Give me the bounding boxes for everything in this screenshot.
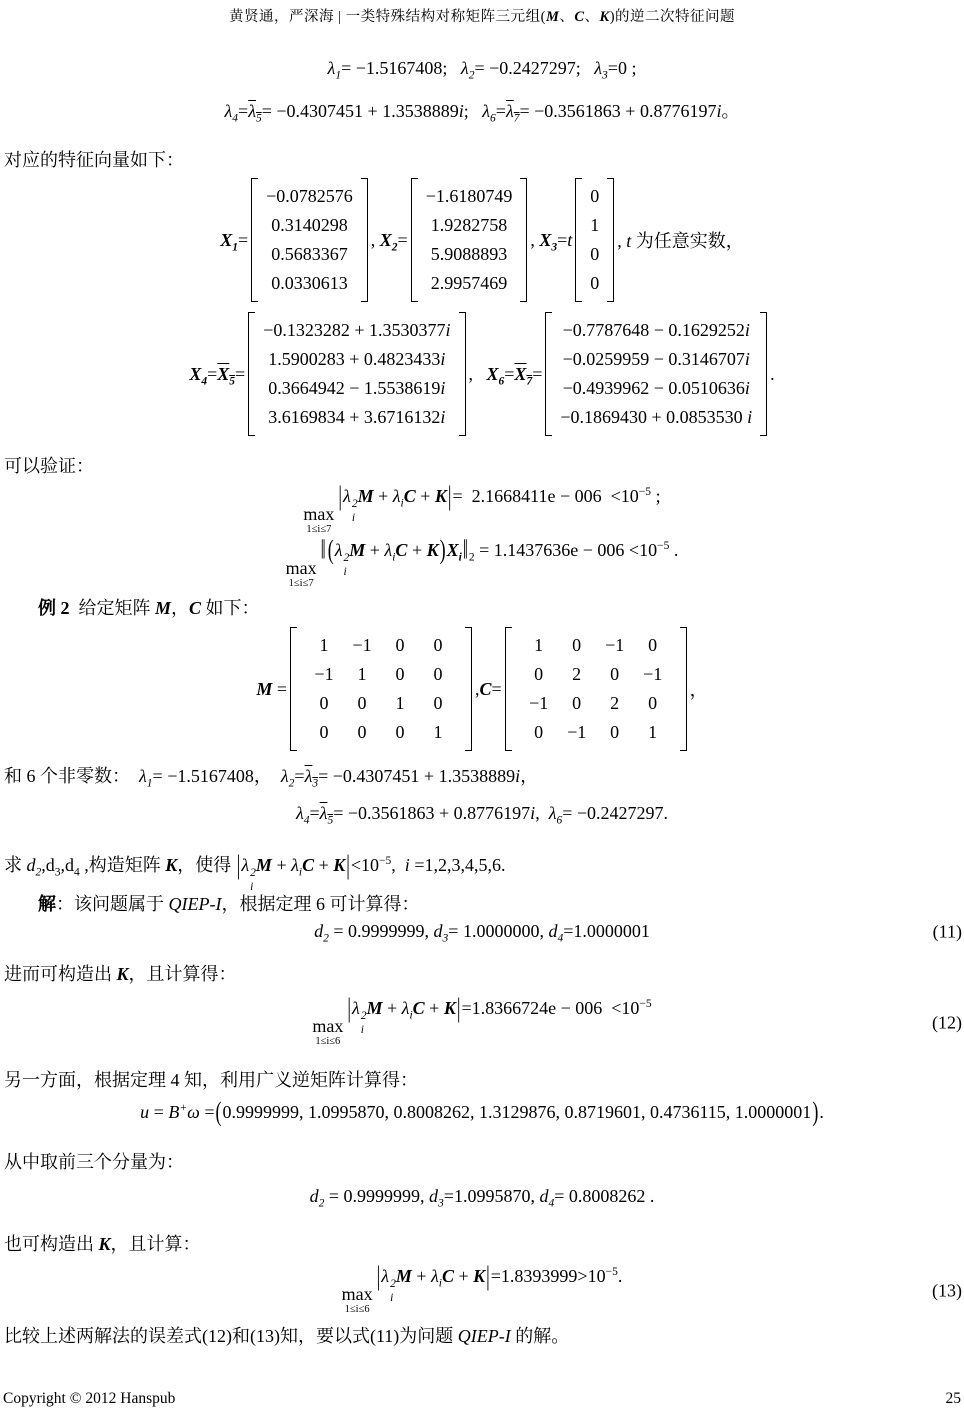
formula-eigenvalues-2: λ4=λ5= −0.4307451 + 1.3538889i; λ6=λ7= −… xyxy=(225,97,740,123)
c-suffix: ， xyxy=(690,676,708,702)
footer-page-number: 25 xyxy=(946,1390,962,1408)
example2-intro: 例 2 给定矩阵 M，C 如下： xyxy=(0,594,964,620)
eigenvectors-intro: 对应的特征向量如下： xyxy=(0,146,964,172)
equation-13: max1≤i≤6|λ2iM + λiC + K|=1.8393999>10−5.… xyxy=(0,1266,964,1315)
take-three-text: 从中取前三个分量为： xyxy=(4,1148,184,1174)
x3-suffix: , t 为任意实数， xyxy=(617,227,744,253)
construct-k-line-1: 进而可构造出 K，且计算得： xyxy=(0,960,964,986)
another-method-line: 另一方面，根据定理 4 知，利用广义逆矩阵计算得： xyxy=(0,1066,964,1092)
equation-number-13: (13) xyxy=(932,1280,962,1301)
x4-x5-matrix: −0.1323282 + 1.3530377i1.5900283 + 0.482… xyxy=(248,312,465,436)
x6-x7-suffix: . xyxy=(770,364,775,385)
verify-intro-text: 可以验证： xyxy=(4,452,94,478)
formula-max-residual-12: max1≤i≤6|λ2iM + λiC + K|=1.8366724e − 00… xyxy=(312,998,651,1047)
document-page: 黄贤通，严深海 | 一类特殊结构对称矩阵三元组(M、C、K)的逆二次特征问题 λ… xyxy=(0,0,964,1414)
eigenvectors-intro-text: 对应的特征向量如下： xyxy=(4,146,184,172)
page-footer: Copyright © 2012 Hanspub 25 xyxy=(0,1390,964,1408)
x3-label: , X3=t xyxy=(530,230,572,251)
eigenvalues-line-2: λ4=λ5= −0.4307451 + 1.3538889i; λ6=λ7= −… xyxy=(0,97,964,123)
equation-number-12: (12) xyxy=(932,1012,962,1033)
compare-text: 比较上述两解法的误差式(12)和(13)知，要以式(11)为问题 QIEP-I … xyxy=(4,1322,569,1348)
x1-label: X1= xyxy=(220,230,248,251)
formula-eigenvalues-1: λ1= −1.5167408; λ2= −0.2427297; λ3=0 ; xyxy=(328,58,637,79)
eigenvector-row-2: X4=X5=−0.1323282 + 1.3530377i1.5900283 +… xyxy=(0,312,964,436)
page-header: 黄贤通，严深海 | 一类特殊结构对称矩阵三元组(M、C、K)的逆二次特征问题 xyxy=(0,5,964,26)
formula-d-values-11: d2 = 0.9999999, d3= 1.0000000, d4=1.0000… xyxy=(314,921,650,942)
solution-intro: 解：该问题属于 QIEP-I，根据定理 6 可计算得： xyxy=(0,890,964,916)
formula-u-vector: u = B+ω =(0.9999999, 1.0995870, 0.800826… xyxy=(140,1102,824,1123)
x4-x5-label: X4=X5= xyxy=(189,364,245,385)
x2-matrix: −1.61807491.92827585.90888932.9957469 xyxy=(411,178,528,302)
six-numbers-text-2: λ4=λ5= −0.3561863 + 0.8776197i, λ6= −0.2… xyxy=(296,803,668,824)
eigenvalues-line-1: λ1= −1.5167408; λ2= −0.2427297; λ3=0 ; xyxy=(0,58,964,79)
equation-11: d2 = 0.9999999, d3= 1.0000000, d4=1.0000… xyxy=(0,921,964,942)
x6-x7-matrix: −0.7787648 − 0.1629252i−0.0259959 − 0.31… xyxy=(545,312,767,436)
c-matrix: 10−10020−1−10200−101 xyxy=(505,627,687,751)
construct-k-text-1: 进而可构造出 K，且计算得： xyxy=(4,960,237,986)
construct-k-line-2: 也可构造出 K，且计算： xyxy=(0,1230,964,1256)
x6-x7-label: , X6=X7= xyxy=(469,364,543,385)
example2-intro-text: 例 2 给定矩阵 M，C 如下： xyxy=(38,594,260,620)
another-method-text: 另一方面，根据定理 4 知，利用广义逆矩阵计算得： xyxy=(4,1066,418,1092)
equation-12: max1≤i≤6|λ2iM + λiC + K|=1.8366724e − 00… xyxy=(0,998,964,1047)
verify-equation-2: max1≤i≤7‖(λ2iM + λiC + K)Xi‖2 = 1.143763… xyxy=(0,540,964,589)
formula-max-norm-7: max1≤i≤7‖(λ2iM + λiC + K)Xi‖2 = 1.143763… xyxy=(286,540,679,589)
six-numbers-line-2: λ4=λ5= −0.3561863 + 0.8776197i, λ6= −0.2… xyxy=(0,803,964,824)
six-numbers-text: 和 6 个非零数： λ1= −1.5167408， λ2=λ3= −0.4307… xyxy=(4,762,538,788)
d-values-line-2: d2 = 0.9999999, d3=1.0995870, d4= 0.8008… xyxy=(0,1186,964,1207)
six-numbers-line: 和 6 个非零数： λ1= −1.5167408， λ2=λ3= −0.4307… xyxy=(0,762,964,788)
header-title: 黄贤通，严深海 | 一类特殊结构对称矩阵三元组(M、C、K)的逆二次特征问题 xyxy=(229,5,735,26)
footer-copyright: Copyright © 2012 Hanspub xyxy=(3,1390,175,1408)
m-matrix: 1−100−110000100001 xyxy=(290,627,472,751)
compare-line: 比较上述两解法的误差式(12)和(13)知，要以式(11)为问题 QIEP-I … xyxy=(0,1322,964,1348)
equation-number-11: (11) xyxy=(933,921,962,942)
c-label: ,C= xyxy=(475,679,502,700)
eigenvector-row-1: X1=−0.07825760.31402980.56833670.0330613… xyxy=(0,178,964,302)
m-label: M = xyxy=(256,679,287,700)
solve-for-d-line: 求 d2,d3,d4 ,构造矩阵 K，使得 |λ2iM + λiC + K|<1… xyxy=(0,851,964,893)
verify-intro: 可以验证： xyxy=(0,452,964,478)
take-three-line: 从中取前三个分量为： xyxy=(0,1148,964,1174)
x2-label: , X2= xyxy=(371,230,408,251)
formula-d-values-2: d2 = 0.9999999, d3=1.0995870, d4= 0.8008… xyxy=(310,1186,655,1207)
u-equation: u = B+ω =(0.9999999, 1.0995870, 0.800826… xyxy=(0,1102,964,1123)
x1-matrix: −0.07825760.31402980.56833670.0330613 xyxy=(251,178,368,302)
matrices-m-c-row: M =1−100−110000100001,C=10−10020−1−10200… xyxy=(0,627,964,751)
solution-intro-text: 解：该问题属于 QIEP-I，根据定理 6 可计算得： xyxy=(38,890,419,916)
verify-equation-1: max1≤i≤7|λ2iM + λiC + K|= 2.1668411e − 0… xyxy=(0,486,964,535)
formula-max-residual-13: max1≤i≤6|λ2iM + λiC + K|=1.8393999>10−5. xyxy=(342,1266,623,1315)
solve-for-d-text: 求 d2,d3,d4 ,构造矩阵 K，使得 |λ2iM + λiC + K|<1… xyxy=(4,851,505,893)
construct-k-text-2: 也可构造出 K，且计算： xyxy=(4,1230,201,1256)
formula-max-residual-7: max1≤i≤7|λ2iM + λiC + K|= 2.1668411e − 0… xyxy=(303,486,660,535)
x3-matrix: 0100 xyxy=(575,178,614,302)
